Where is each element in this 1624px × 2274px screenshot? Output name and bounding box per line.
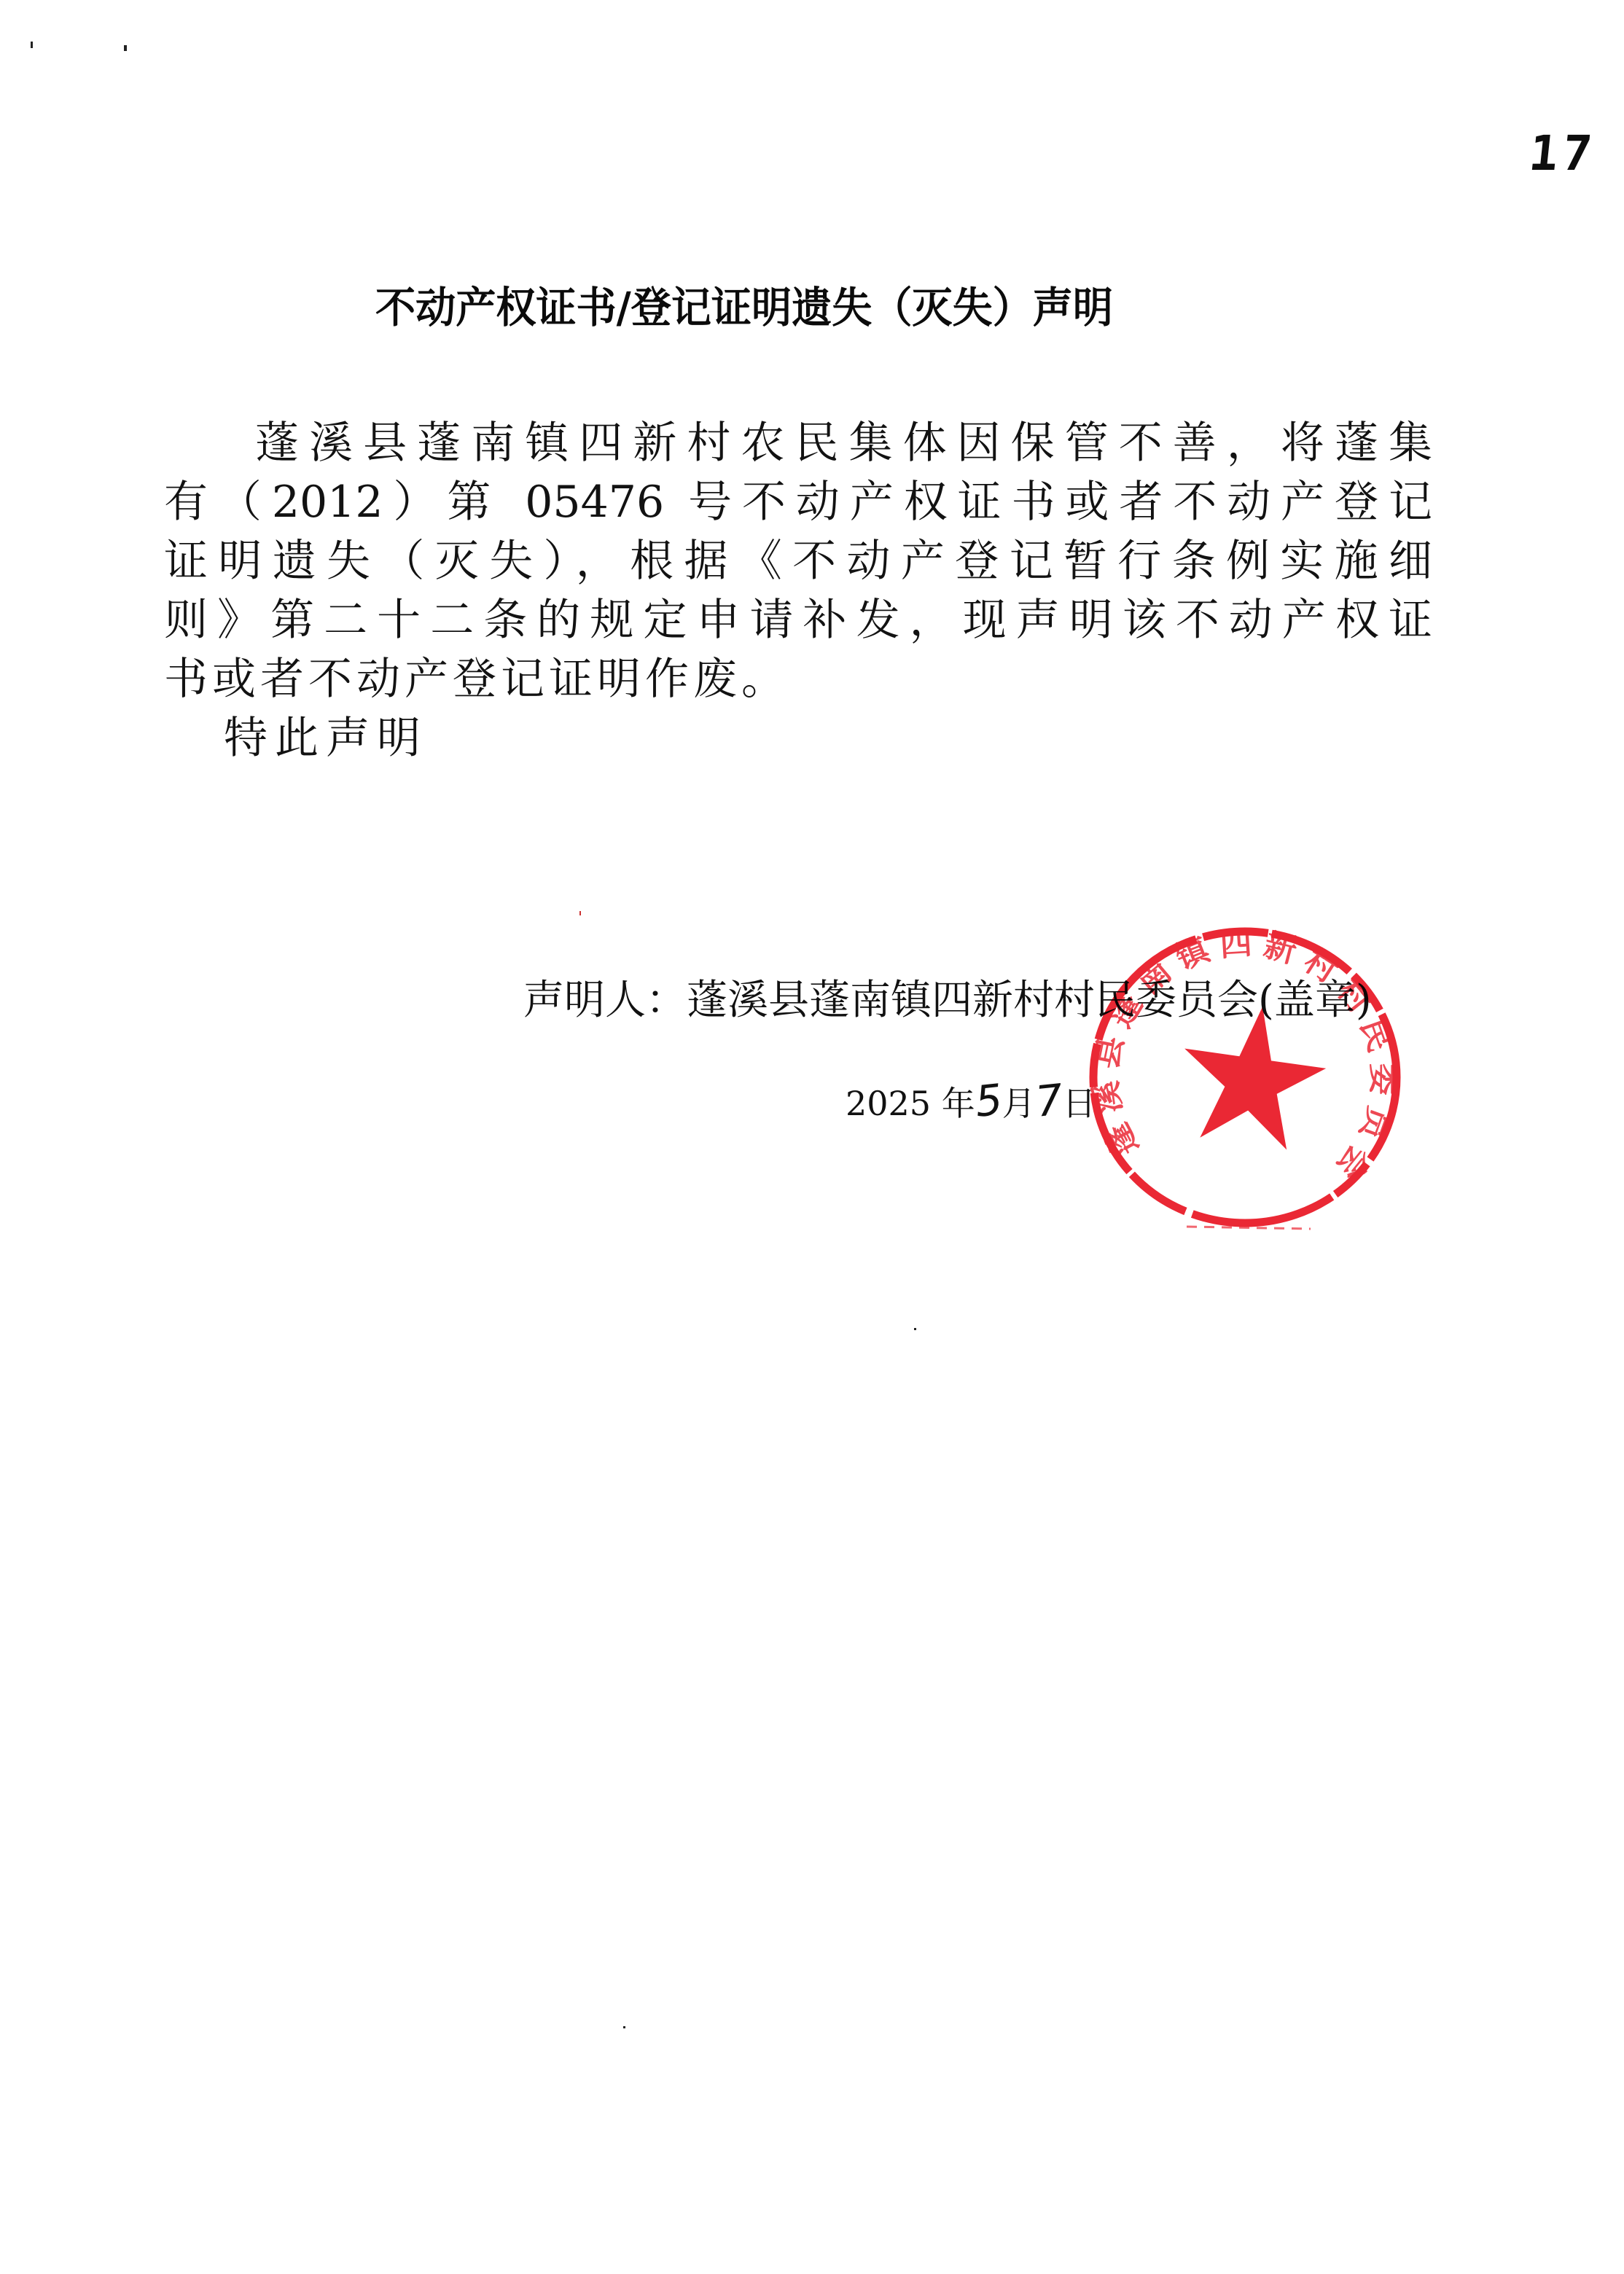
document-title: 不动产权证书/登记证明遗失（灭失）声明 [375, 278, 1248, 337]
body-line-3: 证明遗失（灭失），根据《不动产登记暂行条例实施细 [164, 532, 1432, 591]
official-seal: 蓬溪县蓬南镇四新村村民委员会 [1077, 917, 1413, 1238]
date-day-handwritten: 7 [1034, 1077, 1065, 1124]
date-year: 2025 [846, 1084, 931, 1123]
scan-speck-4 [623, 2026, 625, 2028]
signature-label: 声明人： [523, 977, 687, 1024]
scan-speck-3 [914, 1328, 916, 1330]
scan-speck-1 [31, 42, 33, 48]
body-line-4: 则》第二十二条的规定申请补发，现声明该不动产权证 [164, 591, 1432, 650]
scan-speck-5 [579, 911, 581, 915]
closing-statement: 特此声明 [164, 709, 1492, 768]
page-number: 17 [1527, 130, 1598, 178]
declaration-body: 蓬溪县蓬南镇四新村农民集体因保管不善，将蓬集 有（2012）第 05476 号不… [164, 414, 1447, 768]
body-line-5: 书或者不动产登记证明作废。 [164, 650, 1432, 709]
star-icon [1173, 996, 1334, 1153]
body-line-2: 有（2012）第 05476 号不动产权证书或者不动产登记 [164, 473, 1432, 532]
date-month-suffix: 月 [1002, 1084, 1036, 1123]
date-month-handwritten: 5 [973, 1077, 1004, 1124]
body-line-1: 蓬溪县蓬南镇四新村农民集体因保管不善，将蓬集 [164, 414, 1432, 473]
scan-speck-2 [124, 45, 127, 51]
declaration-date: 2025 年5月7日 [846, 1079, 1096, 1125]
date-year-suffix: 年 [931, 1084, 975, 1123]
